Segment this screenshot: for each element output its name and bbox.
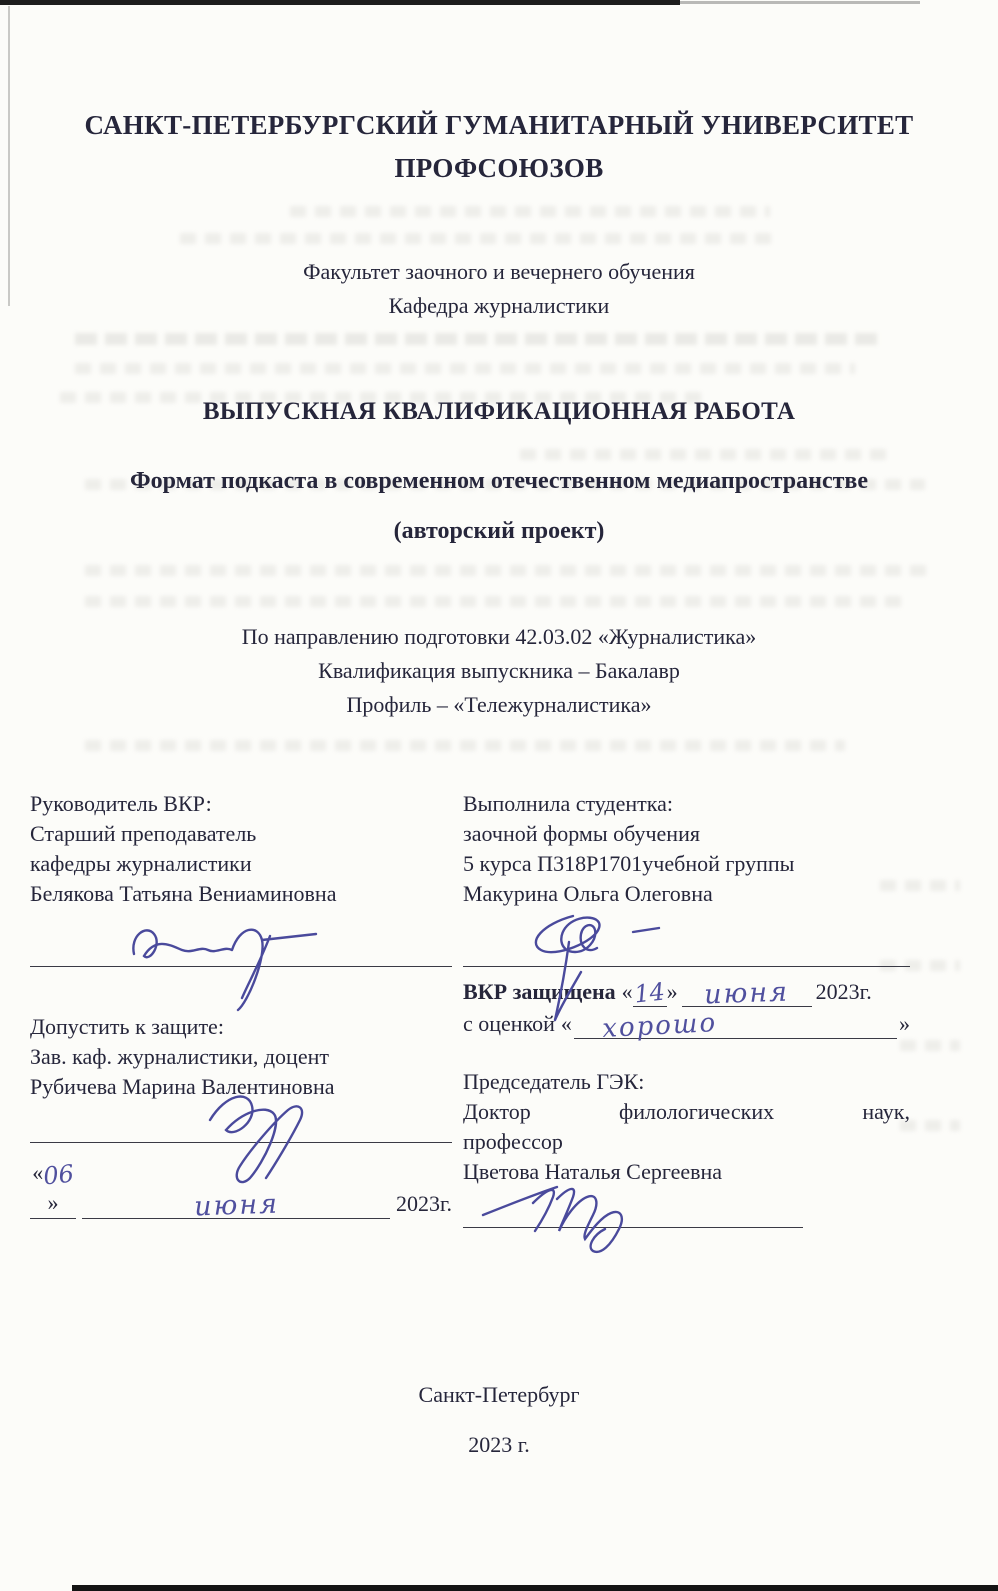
grade-open-quote: «: [561, 1009, 572, 1039]
footer-year: 2023 г.: [0, 1432, 998, 1458]
chair-degree-word1: Доктор: [463, 1097, 531, 1127]
program-profile: Профиль – «Тележурналистика»: [0, 688, 998, 722]
bleed-through-artifact: [290, 206, 770, 217]
defense-month-handwritten: июня: [704, 978, 790, 1011]
bleed-through-artifact: [75, 333, 885, 345]
admission-year: 2023г.: [396, 1189, 452, 1219]
admission-day-handwritten: 06: [42, 1158, 76, 1191]
admission-signature-line: [30, 1102, 452, 1143]
grade-handwritten: хорошо: [601, 1008, 717, 1044]
chair-signature-line: [463, 1187, 803, 1228]
program-qualification: Квалификация выпускника – Бакалавр: [0, 654, 998, 688]
supervisor-signature-line: [30, 926, 452, 967]
student-name: Макурина Ольга Олеговна: [463, 879, 910, 909]
work-type-heading: ВЫПУСКНАЯ КВАЛИФИКАЦИОННАЯ РАБОТА: [0, 398, 998, 426]
admission-day-slot: «06»: [30, 1157, 76, 1219]
supervisor-name: Белякова Татьяна Вениаминовна: [30, 879, 452, 909]
defense-grade-line: с оценкой « хорошо »: [463, 1007, 910, 1039]
work-title: Формат подкаста в современном отечествен…: [0, 468, 998, 495]
student-column: Выполнила студентка: заочной формы обуче…: [463, 789, 910, 1228]
faculty-name: Факультет заочного и вечернего обучения: [0, 255, 998, 289]
supervisor-position-line2: кафедры журналистики: [30, 849, 452, 879]
scan-edge-bottom: [72, 1585, 998, 1591]
grade-prefix: с оценкой: [463, 1009, 555, 1039]
scan-edge-top: [0, 0, 680, 5]
defense-day-slot: 14: [633, 975, 667, 1007]
bleed-through-artifact: [520, 449, 890, 460]
bleed-through-artifact: [75, 363, 855, 374]
defense-close-quote: »: [667, 977, 678, 1007]
grade-slot: хорошо: [574, 1007, 897, 1039]
admission-date-line: «06» июня 2023г.: [30, 1157, 452, 1219]
supervisor-column: Руководитель ВКР: Старший преподаватель …: [30, 789, 452, 1219]
chair-degree-line2: профессор: [463, 1127, 910, 1157]
supervisor-position-line1: Старший преподаватель: [30, 819, 452, 849]
university-name-line2: ПРОФСОЮЗОВ: [0, 148, 998, 188]
student-line2: 5 курса П318Р1701учебной группы: [463, 849, 910, 879]
grade-close-quote: »: [899, 1009, 910, 1039]
defense-open-quote: «: [622, 977, 633, 1007]
bleed-through-artifact: [85, 565, 935, 576]
supervisor-label: Руководитель ВКР:: [30, 789, 452, 819]
defense-month-slot: июня: [682, 975, 812, 1007]
footer-city: Санкт-Петербург: [0, 1382, 998, 1408]
admission-name: Рубичева Марина Валентиновна: [30, 1072, 452, 1102]
defense-date-line: ВКР защищена « 14 » июня 2023г.: [463, 975, 910, 1007]
scan-edge-top-faint: [680, 1, 920, 4]
admission-month-handwritten: июня: [193, 1190, 279, 1223]
university-name-line1: САНКТ-ПЕТЕРБУРГСКИЙ ГУМАНИТАРНЫЙ УНИВЕРС…: [0, 105, 998, 145]
student-label: Выполнила студентка:: [463, 789, 910, 819]
bleed-through-artifact: [85, 740, 845, 751]
supervisor-signature: [120, 906, 360, 1016]
defense-year: 2023г.: [816, 977, 872, 1007]
chair-label: Председатель ГЭК:: [463, 1067, 910, 1097]
thesis-title-page: САНКТ-ПЕТЕРБУРГСКИЙ ГУМАНИТАРНЫЙ УНИВЕРС…: [0, 0, 998, 1591]
admission-label: Допустить к защите:: [30, 1012, 452, 1042]
bleed-through-artifact: [85, 596, 905, 607]
chair-degree-word2: филологических: [619, 1097, 774, 1127]
defense-prefix: ВКР защищена: [463, 977, 616, 1007]
student-signature-line: [463, 926, 910, 967]
chair-degree-line1: Доктор филологических наук,: [463, 1097, 910, 1127]
chair-degree-word3: наук,: [862, 1097, 910, 1127]
student-line1: заочной формы обучения: [463, 819, 910, 849]
admission-month-slot: июня: [82, 1187, 390, 1219]
admission-position: Зав. каф. журналистики, доцент: [30, 1042, 452, 1072]
bleed-through-artifact: [180, 233, 780, 244]
department-name: Кафедра журналистики: [0, 289, 998, 323]
program-direction: По направлению подготовки 42.03.02 «Журн…: [0, 620, 998, 654]
chair-name: Цветова Наталья Сергеевна: [463, 1157, 910, 1187]
work-subtitle: (авторский проект): [0, 518, 998, 545]
admission-close-quote: »: [48, 1190, 59, 1215]
defense-day-handwritten: 14: [633, 976, 667, 1009]
